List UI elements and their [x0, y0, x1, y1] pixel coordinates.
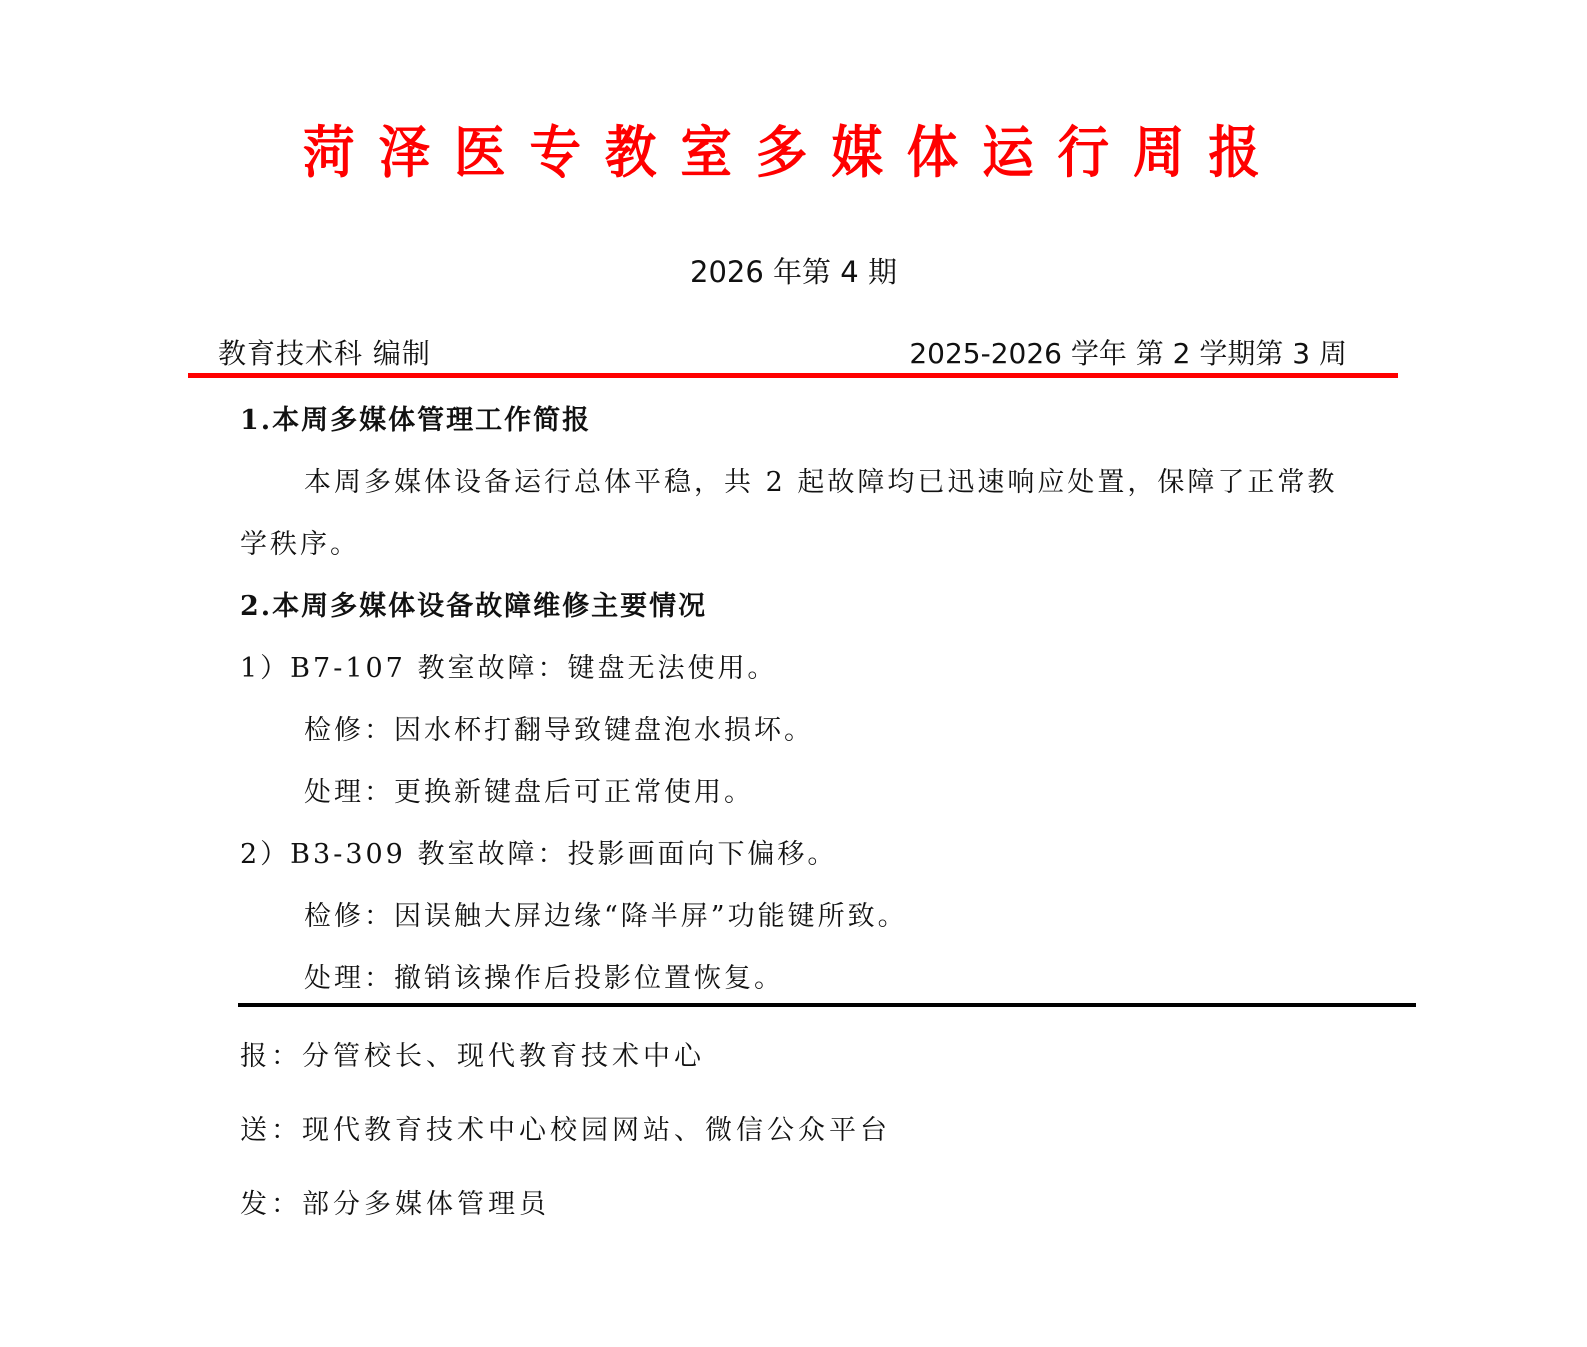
repair-item: 2）B3-309 教室故障：投影画面向下偏移。 检修：因误触大屏边缘“降半屏”功…	[240, 824, 1350, 1010]
editor-label: 教育技术科 编制	[218, 336, 431, 372]
handling-note: 处理：更换新键盘后可正常使用。	[240, 762, 1350, 824]
report-to-line: 报：分管校长、现代教育技术中心	[240, 1020, 891, 1094]
summary-paragraph: 本周多媒体设备运行总体平稳，共 2 起故障均已迅速响应处置，保障了正常教学秩序。	[240, 452, 1350, 576]
header-red-divider	[188, 373, 1398, 378]
send-to-line: 送：现代教育技术中心校园网站、微信公众平台	[240, 1094, 891, 1168]
issue-number: 2026 年第 4 期	[0, 252, 1587, 292]
handling-note: 处理：撤销该操作后投影位置恢复。	[240, 948, 1350, 1010]
report-body: 1.本周多媒体管理工作简报 本周多媒体设备运行总体平稳，共 2 起故障均已迅速响…	[240, 390, 1350, 1010]
distribution-list: 报：分管校长、现代教育技术中心 送：现代教育技术中心校园网站、微信公众平台 发：…	[240, 1020, 891, 1242]
academic-period: 2025-2026 学年 第 2 学期第 3 周	[909, 336, 1347, 372]
footer-black-divider	[238, 1003, 1416, 1007]
issue-to-line: 发：部分多媒体管理员	[240, 1168, 891, 1242]
repair-item: 1）B7-107 教室故障：键盘无法使用。 检修：因水杯打翻导致键盘泡水损坏。 …	[240, 638, 1350, 824]
fault-description: 1）B7-107 教室故障：键盘无法使用。	[240, 638, 1350, 700]
inspection-note: 检修：因水杯打翻导致键盘泡水损坏。	[240, 700, 1350, 762]
fault-description: 2）B3-309 教室故障：投影画面向下偏移。	[240, 824, 1350, 886]
inspection-note: 检修：因误触大屏边缘“降半屏”功能键所致。	[240, 886, 1350, 948]
section-heading-summary: 1.本周多媒体管理工作简报	[240, 390, 1350, 452]
weekly-report-page: 菏泽医专教室多媒体运行周报 2026 年第 4 期 教育技术科 编制 2025-…	[0, 0, 1587, 1347]
section-heading-repairs: 2.本周多媒体设备故障维修主要情况	[240, 576, 1350, 638]
report-title: 菏泽医专教室多媒体运行周报	[63, 118, 1523, 190]
